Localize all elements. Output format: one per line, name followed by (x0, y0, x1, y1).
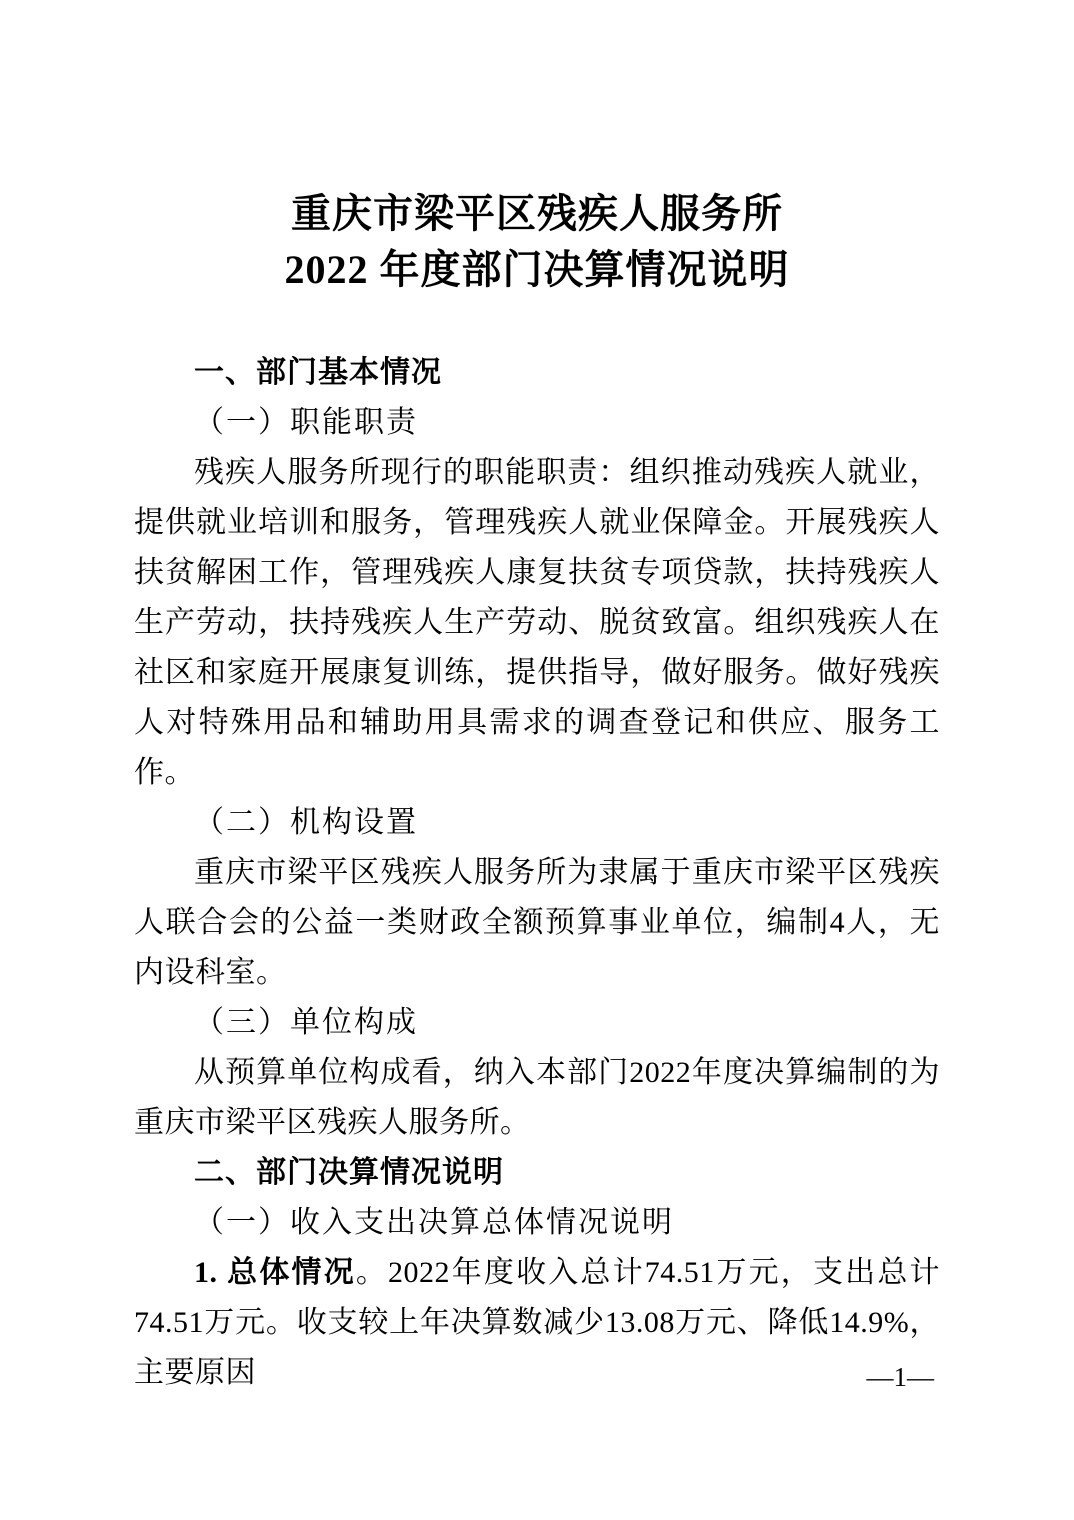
subsection-heading-1-1: （一）职能职责 (134, 398, 940, 448)
section-heading-2: 二、部门决算情况说明 (134, 1148, 940, 1198)
subsection-heading-1-3: （三）单位构成 (134, 998, 940, 1048)
document-page: 重庆市梁平区残疾人服务所 2022 年度部门决算情况说明 一、部门基本情况 （一… (0, 0, 1074, 1520)
paragraph-lead-bold: 1. 总体情况 (194, 1256, 356, 1289)
paragraph-duties: 残疾人服务所现行的职能职责：组织推动残疾人就业，提供就业培训和服务，管理残疾人就… (134, 448, 940, 798)
subsection-heading-1-2: （二）机构设置 (134, 798, 940, 848)
document-title-line2: 2022 年度部门决算情况说明 (0, 242, 1074, 298)
section-heading-1: 一、部门基本情况 (134, 348, 940, 398)
document-title-line1: 重庆市梁平区残疾人服务所 (0, 186, 1074, 242)
paragraph-overall-situation: 1. 总体情况。2022年度收入总计74.51万元，支出总计74.51万元。收支… (134, 1248, 940, 1398)
document-title: 重庆市梁平区残疾人服务所 2022 年度部门决算情况说明 (0, 0, 1074, 298)
paragraph-organization: 重庆市梁平区残疾人服务所为隶属于重庆市梁平区残疾人联合会的公益一类财政全额预算事… (134, 848, 940, 998)
document-body: 一、部门基本情况 （一）职能职责 残疾人服务所现行的职能职责：组织推动残疾人就业… (134, 348, 940, 1398)
page-number: —1— (867, 1362, 935, 1392)
subsection-heading-2-1: （一）收入支出决算总体情况说明 (134, 1198, 940, 1248)
paragraph-unit-composition: 从预算单位构成看，纳入本部门2022年度决算编制的为重庆市梁平区残疾人服务所。 (134, 1048, 940, 1148)
